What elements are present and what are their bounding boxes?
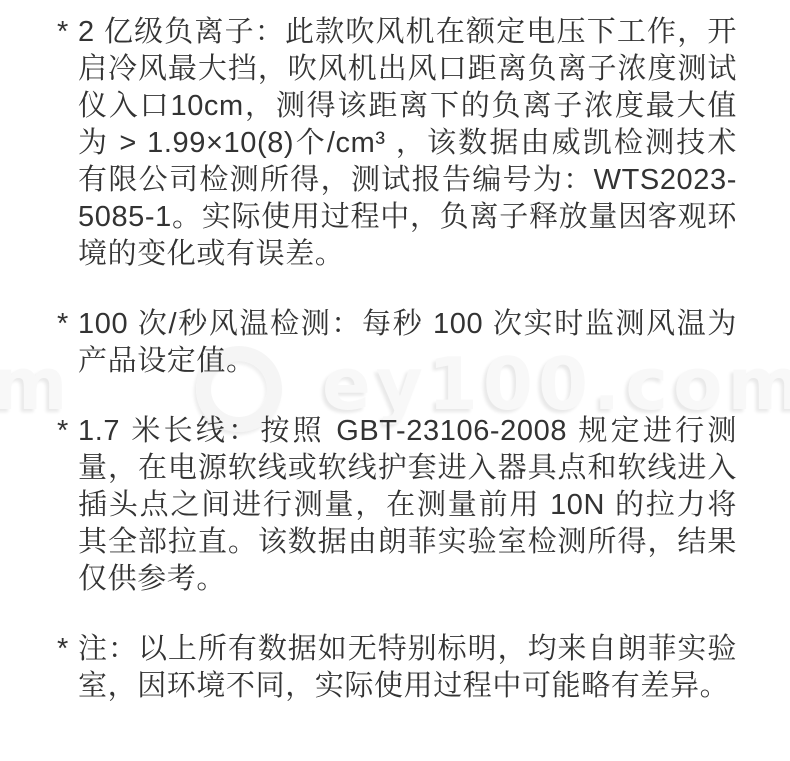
bullet-asterisk: * [57,14,78,273]
product-disclaimer-page: om ey100.com * 2 亿级负离子：此款吹风机在额定电压下工作，开启冷… [0,0,790,761]
disclaimer-item-temperature-check: * 100 次/秒风温检测：每秒 100 次实时监测风温为产品设定值。 [57,306,737,380]
disclaimer-text-note: 注：以上所有数据如无特别标明，均来自朗菲实验室，因环境不同，实际使用过程中可能略… [78,631,737,705]
disclaimer-item-cord-length: * 1.7 米长线：按照 GBT-23106-2008 规定进行测量，在电源软线… [57,413,737,598]
disclaimer-item-note: * 注：以上所有数据如无特别标明，均来自朗菲实验室，因环境不同，实际使用过程中可… [57,631,737,705]
bullet-asterisk: * [57,413,78,598]
disclaimer-text-anion: 2 亿级负离子：此款吹风机在额定电压下工作，开启冷风最大挡，吹风机出风口距离负离… [78,14,737,273]
disclaimer-item-anion: * 2 亿级负离子：此款吹风机在额定电压下工作，开启冷风最大挡，吹风机出风口距离… [57,14,737,273]
disclaimer-text-cord-length: 1.7 米长线：按照 GBT-23106-2008 规定进行测量，在电源软线或软… [78,413,737,598]
disclaimer-text-temperature-check: 100 次/秒风温检测：每秒 100 次实时监测风温为产品设定值。 [78,306,737,380]
bullet-asterisk: * [57,631,78,705]
disclaimer-list: * 2 亿级负离子：此款吹风机在额定电压下工作，开启冷风最大挡，吹风机出风口距离… [0,0,790,705]
bullet-asterisk: * [57,306,78,380]
